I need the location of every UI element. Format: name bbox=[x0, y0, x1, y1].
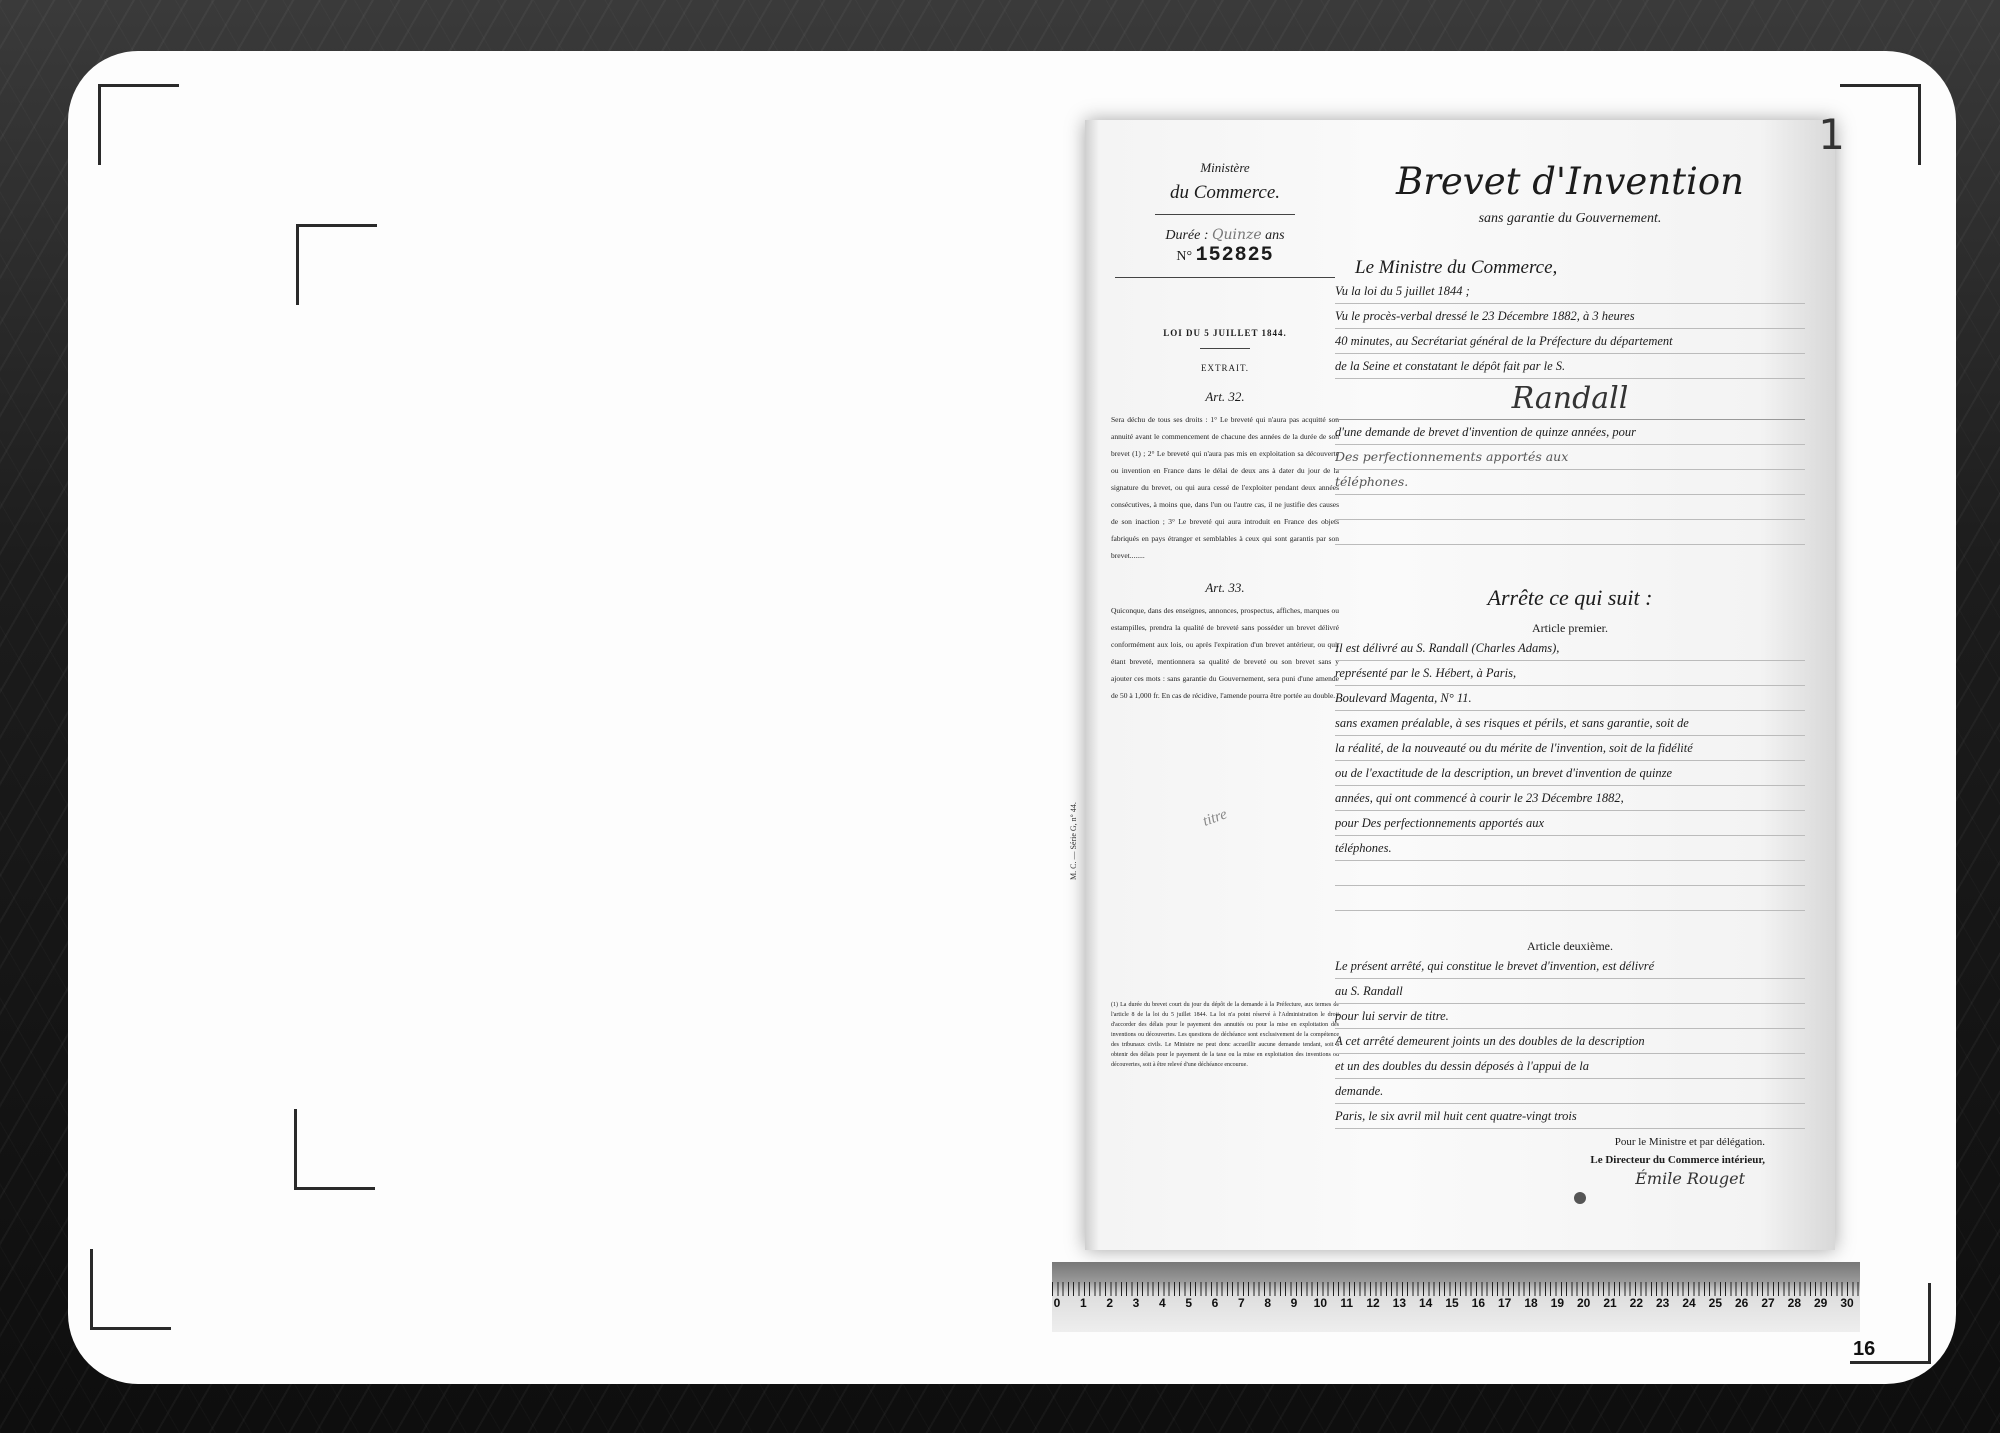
ruler-label: 2 bbox=[1106, 1296, 1113, 1310]
body-line: Des perfectionnements apportés aux bbox=[1335, 445, 1805, 470]
arrete-heading: Arrête ce qui suit : bbox=[1335, 585, 1805, 611]
law-heading: LOI DU 5 JUILLET 1844. bbox=[1105, 328, 1345, 338]
measuring-ruler: 0123456789101112131415161718192021222324… bbox=[1052, 1262, 1860, 1332]
ruler-label: 5 bbox=[1185, 1296, 1192, 1310]
body-line: années, qui ont commencé à courir le 23 … bbox=[1335, 786, 1805, 811]
ruler-label: 8 bbox=[1264, 1296, 1271, 1310]
ruler-label: 4 bbox=[1159, 1296, 1166, 1310]
body-line: téléphones. bbox=[1335, 470, 1805, 495]
body-line: demande. bbox=[1335, 1079, 1805, 1104]
divider bbox=[1115, 277, 1335, 278]
ruler-label: 24 bbox=[1682, 1296, 1695, 1310]
ruler-label: 1 bbox=[1080, 1296, 1087, 1310]
signature: Émile Rouget bbox=[1335, 1169, 1805, 1188]
duration-label: Durée : bbox=[1165, 228, 1208, 243]
applicant-name: Randall bbox=[1335, 379, 1805, 420]
ruler-label: 7 bbox=[1238, 1296, 1245, 1310]
body-line: Le présent arrêté, qui constitue le brev… bbox=[1335, 954, 1805, 979]
ruler-label: 28 bbox=[1788, 1296, 1801, 1310]
form-reference: M. C. — Série G, n° 44. bbox=[1069, 802, 1078, 880]
crop-mark-top-left bbox=[98, 84, 179, 165]
ruler-label: 20 bbox=[1577, 1296, 1590, 1310]
ruler-ticks bbox=[1052, 1282, 1860, 1296]
article1-title: Article premier. bbox=[1335, 621, 1805, 636]
ruler-label: 17 bbox=[1498, 1296, 1511, 1310]
divider bbox=[1200, 348, 1250, 349]
blank-line bbox=[1335, 520, 1805, 545]
body-line: et un des doubles du dessin déposés à l'… bbox=[1335, 1054, 1805, 1079]
patent-number-field: N° 152825 bbox=[1105, 244, 1345, 267]
article1-body: Il est délivré au S. Randall (Charles Ad… bbox=[1335, 636, 1805, 861]
duration-unit: ans bbox=[1265, 228, 1284, 243]
ruler-label: 6 bbox=[1212, 1296, 1219, 1310]
document-title: Brevet d'Invention bbox=[1335, 160, 1805, 203]
ruler-label: 18 bbox=[1524, 1296, 1537, 1310]
body-line: la réalité, de la nouveauté ou du mérite… bbox=[1335, 736, 1805, 761]
ruler-label: 3 bbox=[1133, 1296, 1140, 1310]
ministry-line1: Ministère bbox=[1105, 160, 1345, 176]
pencil-annotation: titre bbox=[1201, 806, 1230, 830]
patent-number-value: 152825 bbox=[1196, 244, 1274, 267]
ruler-label: 22 bbox=[1630, 1296, 1643, 1310]
body-line: représenté par le S. Hébert, à Paris, bbox=[1335, 661, 1805, 686]
body-line: Paris, le six avril mil huit cent quatre… bbox=[1335, 1104, 1805, 1129]
body-line: de la Seine et constatant le dépôt fait … bbox=[1335, 354, 1805, 379]
blank-line bbox=[1335, 861, 1805, 886]
minister-heading: Le Ministre du Commerce, bbox=[1355, 257, 1805, 279]
ruler-label: 23 bbox=[1656, 1296, 1669, 1310]
page-number: 1 bbox=[1818, 110, 1845, 159]
left-column: Ministère du Commerce. Durée : Quinze an… bbox=[1105, 160, 1345, 704]
extract-heading: EXTRAIT. bbox=[1105, 363, 1345, 373]
body-line: 40 minutes, au Secrétariat général de la… bbox=[1335, 329, 1805, 354]
signature-block: Pour le Ministre et par délégation. Le D… bbox=[1335, 1133, 1805, 1169]
duration-field: Durée : Quinze ans bbox=[1105, 227, 1345, 244]
art32-text: Sera déchu de tous ses droits : 1° Le br… bbox=[1105, 411, 1345, 564]
patent-document: 1 Ministère du Commerce. Durée : Quinze … bbox=[1085, 120, 1835, 1250]
body-line: pour Des perfectionnements apportés aux bbox=[1335, 811, 1805, 836]
body-line: au S. Randall bbox=[1335, 979, 1805, 1004]
crop-mark-inner-bottom-left bbox=[294, 1109, 375, 1190]
duration-value: Quinze bbox=[1212, 227, 1262, 243]
crop-mark-inner-top-left bbox=[296, 224, 377, 305]
ruler-label: 15 bbox=[1445, 1296, 1458, 1310]
ruler-label: 13 bbox=[1393, 1296, 1406, 1310]
frame-number: 16 bbox=[1853, 1338, 1875, 1361]
body-line: ou de l'exactitude de la description, un… bbox=[1335, 761, 1805, 786]
patent-number-label: N° bbox=[1176, 249, 1192, 264]
body-line: sans examen préalable, à ses risques et … bbox=[1335, 711, 1805, 736]
ministry-line2: du Commerce. bbox=[1105, 182, 1345, 204]
art33-title: Art. 33. bbox=[1105, 580, 1345, 596]
body-line: A cet arrêté demeurent joints un des dou… bbox=[1335, 1029, 1805, 1054]
ruler-label: 19 bbox=[1551, 1296, 1564, 1310]
ruler-label: 26 bbox=[1735, 1296, 1748, 1310]
ruler-label: 25 bbox=[1709, 1296, 1722, 1310]
crop-mark-bottom-left bbox=[90, 1249, 171, 1330]
ruler-label: 14 bbox=[1419, 1296, 1432, 1310]
divider bbox=[1155, 214, 1295, 215]
body-line: pour lui servir de titre. bbox=[1335, 1004, 1805, 1029]
ruler-label: 16 bbox=[1472, 1296, 1485, 1310]
article2-body: Le présent arrêté, qui constitue le brev… bbox=[1335, 954, 1805, 1129]
ruler-label: 10 bbox=[1314, 1296, 1327, 1310]
ruler-label: 9 bbox=[1291, 1296, 1298, 1310]
art33-text: Quiconque, dans des enseignes, annonces,… bbox=[1105, 602, 1345, 704]
blank-line bbox=[1335, 495, 1805, 520]
body-line: téléphones. bbox=[1335, 836, 1805, 861]
art32-title: Art. 32. bbox=[1105, 389, 1345, 405]
right-column: Brevet d'Invention sans garantie du Gouv… bbox=[1335, 160, 1805, 1188]
document-subtitle: sans garantie du Gouvernement. bbox=[1335, 211, 1805, 227]
ruler-label: 12 bbox=[1366, 1296, 1379, 1310]
ruler-label: 21 bbox=[1603, 1296, 1616, 1310]
body-line: Boulevard Magenta, N° 11. bbox=[1335, 686, 1805, 711]
body-line: Vu le procès-verbal dressé le 23 Décembr… bbox=[1335, 304, 1805, 329]
ruler-label: 11 bbox=[1340, 1296, 1353, 1310]
seal-dot bbox=[1574, 1192, 1586, 1204]
body-line: Vu la loi du 5 juillet 1844 ; bbox=[1335, 279, 1805, 304]
body-line: Il est délivré au S. Randall (Charles Ad… bbox=[1335, 636, 1805, 661]
footnote: (1) La durée du brevet court du jour du … bbox=[1111, 1000, 1339, 1070]
crop-mark-top-right bbox=[1840, 84, 1921, 165]
ruler-label: 27 bbox=[1761, 1296, 1774, 1310]
ruler-label: 0 bbox=[1054, 1296, 1061, 1310]
signature-line: Pour le Ministre et par délégation. bbox=[1335, 1133, 1765, 1151]
blank-line bbox=[1335, 886, 1805, 911]
signature-line: Le Directeur du Commerce intérieur, bbox=[1335, 1151, 1765, 1169]
ruler-label: 30 bbox=[1840, 1296, 1853, 1310]
body-line: d'une demande de brevet d'invention de q… bbox=[1335, 420, 1805, 445]
ruler-label: 29 bbox=[1814, 1296, 1827, 1310]
article2-title: Article deuxième. bbox=[1335, 939, 1805, 954]
